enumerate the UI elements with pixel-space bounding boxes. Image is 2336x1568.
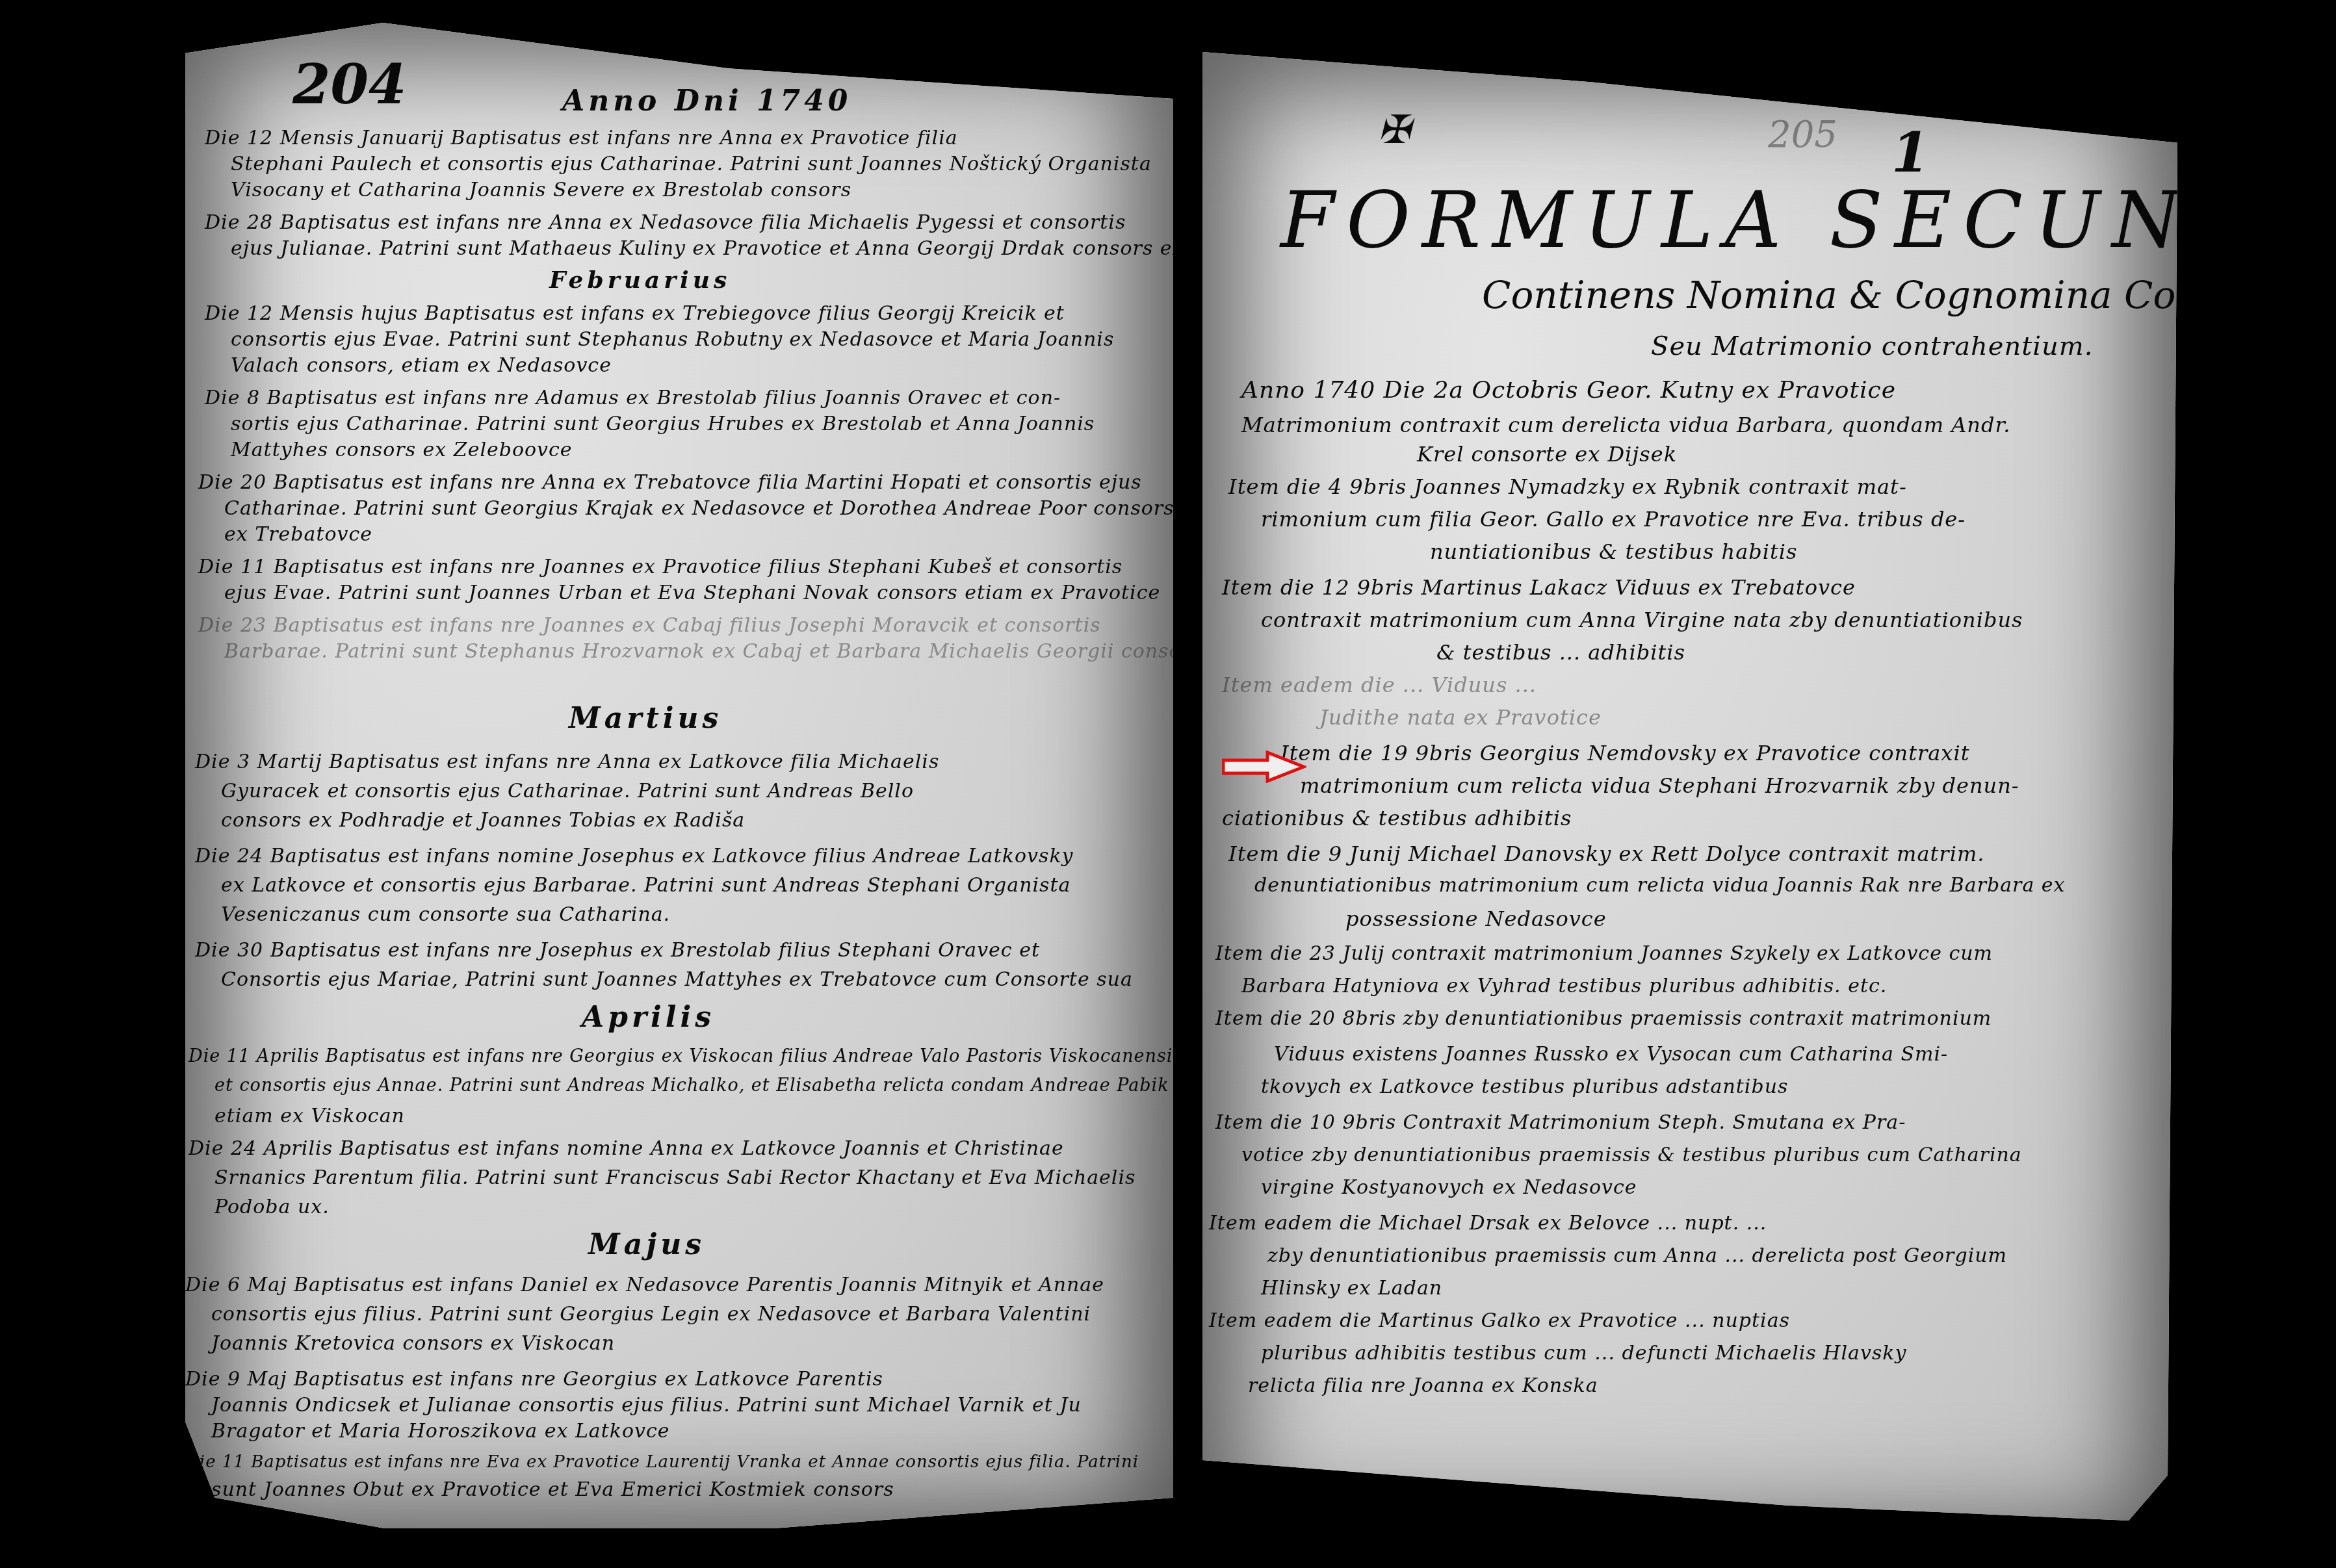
register-line: Item die 23 Julij contraxit matrimonium …: [1215, 942, 1993, 965]
register-line: Die 12 Mensis hujus Baptisatus est infan…: [205, 302, 1065, 325]
register-line: Die 11 Baptisatus est infans nre Joannes…: [198, 556, 1123, 578]
register-line: Viduus existens Joannes Russko ex Vysoca…: [1274, 1043, 1948, 1066]
register-line: Stephani Paulech et consortis ejus Catha…: [231, 153, 1152, 175]
register-line: pluribus adhibitis testibus cum ... defu…: [1261, 1342, 1906, 1365]
register-line: Consortis ejus Mariae, Patrini sunt Joan…: [221, 968, 1133, 991]
register-line: consors ex Podhradje et Joannes Tobias e…: [221, 809, 745, 832]
register-line: Die 6 Maj Baptisatus est infans Daniel e…: [185, 1274, 1104, 1296]
section-subtitle: Continens Nomina & Cognomina Conjugatos: [1482, 273, 2177, 317]
register-line: ex Latkovce et consortis ejus Barbarae. …: [221, 874, 1071, 897]
register-line: Visocany et Catharina Joannis Severe ex …: [231, 179, 851, 201]
register-line: Joannis Kretovica consors ex Viskocan: [211, 1332, 615, 1355]
register-line: sunt Joannes Obut ex Pravotice et Eva Em…: [211, 1478, 894, 1501]
month-heading: Aprilis: [582, 1001, 715, 1034]
register-line: denuntiationibus matrimonium cum relicta…: [1254, 874, 2066, 897]
section-subtitle: Seu Matrimonio contrahentium.: [1651, 331, 2093, 361]
register-line: Srnanics Parentum filia. Patrini sunt Fr…: [214, 1166, 1136, 1189]
register-line: Valach consors, etiam ex Nedasovce: [231, 354, 612, 377]
register-line: zby denuntiationibus praemissis cum Anna…: [1267, 1244, 2007, 1267]
register-line: Die 24 Aprilis Baptisatus est infans nom…: [188, 1137, 1064, 1160]
register-line: Item die 9 Junij Michael Danovsky ex Ret…: [1228, 842, 1984, 866]
register-line: contraxit matrimonium cum Anna Virgine n…: [1261, 608, 2023, 632]
register-line: Item eadem die ... Viduus ...: [1222, 673, 1537, 697]
register-line: ejus Julianae. Patrini sunt Mathaeus Kul…: [231, 237, 1173, 260]
register-line: Barbarae. Patrini sunt Stephanus Hrozvar…: [224, 640, 1173, 663]
register-line: rimonium cum filia Geor. Gallo ex Pravot…: [1261, 507, 1966, 532]
red-arrow-icon: [1222, 751, 1306, 783]
register-line: consortis ejus filius. Patrini sunt Geor…: [211, 1303, 1091, 1326]
register-line: & testibus ... adhibitis: [1436, 640, 1685, 665]
register-line: possessione Nedasovce: [1345, 906, 1607, 931]
right-page: ✠ 205 1 FORMULA SECUNDA Continens Nomina…: [1202, 52, 2177, 1566]
register-line: Item die 4 9bris Joannes Nymadzky ex Ryb…: [1228, 474, 1907, 499]
register-line: tkovych ex Latkovce testibus pluribus ad…: [1261, 1075, 1788, 1098]
register-line: virgine Kostyanovych ex Nedasovce: [1261, 1176, 1637, 1199]
register-line: Catharinae. Patrini sunt Georgius Krajak…: [224, 497, 1173, 520]
register-line: Gyuracek et consortis ejus Catharinae. P…: [221, 780, 914, 803]
register-line: Item die 20 8bris zby denuntiationibus p…: [1215, 1007, 1992, 1030]
register-line: Die 12 Mensis Januarij Baptisatus est in…: [205, 127, 958, 149]
register-line: Podoba ux.: [214, 1196, 330, 1218]
register-line: Bragator et Maria Horoszikova ex Latkovc…: [211, 1420, 670, 1443]
register-line: Die 3 Martij Baptisatus est infans nre A…: [195, 751, 939, 773]
cross-ornament-icon: ✠: [1378, 107, 1410, 153]
highlighted-register-line: Item die 19 9bris Georgius Nemdovsky ex …: [1280, 741, 1970, 765]
register-line: et consortis ejus Annae. Patrini sunt An…: [214, 1075, 1169, 1096]
register-line: matrimonium cum relicta vidua Stephani H…: [1300, 773, 2019, 798]
register-line: Item eadem die Martinus Galko ex Pravoti…: [1209, 1309, 1790, 1332]
section-title: FORMULA SECUNDA: [1280, 175, 2177, 266]
register-line: ex Trebatovce: [224, 523, 372, 546]
register-line: Item eadem die Michael Drsak ex Belovce …: [1209, 1212, 1767, 1235]
register-line: Die 8 Baptisatus est infans nre Adamus e…: [205, 387, 1061, 409]
register-line: Krel consorte ex Dijsek: [1417, 442, 1677, 467]
register-line: consortis ejus Evae. Patrini sunt Stepha…: [231, 328, 1114, 351]
register-line: Barbara Hatyniova ex Vyhrad testibus plu…: [1241, 975, 1887, 997]
register-line: Judithe nata ex Pravotice: [1319, 705, 1602, 730]
register-line: Die 20 Baptisatus est infans nre Anna ex…: [198, 471, 1142, 494]
register-line: Item die 10 9bris Contraxit Matrimonium …: [1215, 1111, 1906, 1134]
register-line: Die 28 Baptisatus est infans nre Anna ex…: [205, 211, 1126, 234]
register-line: Anno 1740 Die 2a Octobris Geor. Kutny ex…: [1241, 377, 1896, 404]
register-line: Hlinsky ex Ladan: [1261, 1277, 1442, 1300]
month-heading: Februarius: [549, 266, 731, 294]
page-number: 205: [1768, 114, 1837, 156]
register-line: Joannis Ondicsek et Julianae consortis e…: [211, 1394, 1082, 1417]
register-line: nuntiationibus & testibus habitis: [1430, 539, 1797, 564]
register-line: relicta filia nre Joanna ex Konska: [1248, 1374, 1598, 1397]
year-heading: Anno Dni 1740: [562, 84, 851, 118]
register-line: Die 11 Aprilis Baptisatus est infans nre…: [188, 1046, 1173, 1066]
register-line: Die 9 Maj Baptisatus est infans nre Geor…: [185, 1368, 883, 1391]
left-page: 204 Anno Dni 1740 Die 12 Mensis Januarij…: [185, 23, 1173, 1543]
register-line: Veseniczanus cum consorte sua Catharina.: [221, 903, 670, 926]
register-line: ejus Evae. Patrini sunt Joannes Urban et…: [224, 582, 1160, 604]
register-line: ciationibus & testibus adhibitis: [1222, 806, 1572, 830]
register-line: Die 24 Baptisatus est infans nomine Jose…: [195, 845, 1074, 868]
register-line: etiam ex Viskocan: [214, 1105, 405, 1127]
month-heading: Martius: [569, 702, 722, 735]
register-line: votice zby denuntiationibus praemissis &…: [1241, 1144, 2022, 1166]
register-line: Mattyhes consors ex Zeleboovce: [231, 439, 573, 461]
page-number: 204: [292, 52, 406, 116]
register-line: Item die 12 9bris Martinus Lakacz Viduus…: [1222, 575, 1856, 600]
month-heading: Majus: [588, 1228, 705, 1261]
register-line: Die 11 Baptisatus est infans nre Eva ex …: [185, 1452, 1139, 1472]
register-line: Die 23 Baptisatus est infans nre Joannes…: [198, 614, 1101, 637]
register-line: Matrimonium contraxit cum derelicta vidu…: [1241, 413, 2010, 437]
register-line: sortis ejus Catharinae. Patrini sunt Geo…: [231, 413, 1095, 435]
register-line: Die 30 Baptisatus est infans nre Josephu…: [195, 939, 1040, 962]
